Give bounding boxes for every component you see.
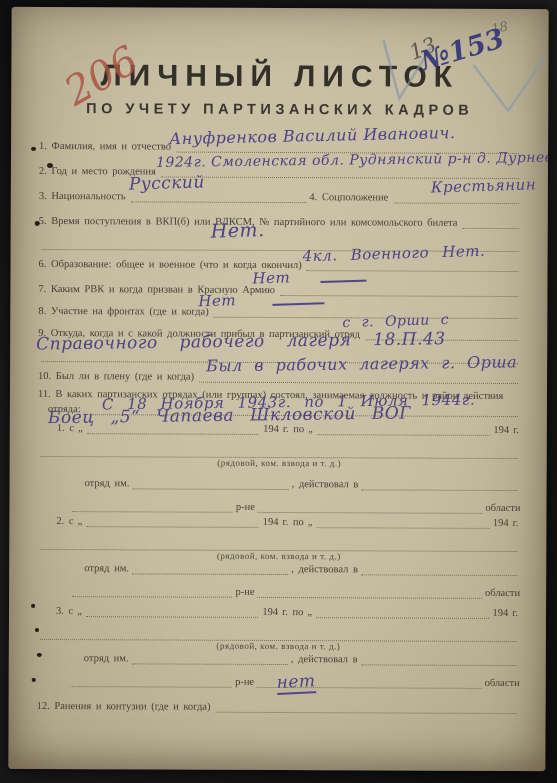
- field-12-line: [215, 700, 516, 714]
- field-12-value: нет: [276, 671, 316, 695]
- field-4-value: Крестьянин: [431, 175, 537, 196]
- field-8-value: Нет: [198, 291, 236, 310]
- quote-mark: „: [308, 517, 313, 528]
- service-block-2-dates-row: 2. с„ 194г. по„ 194г.: [54, 513, 520, 529]
- field-5-row: 5. Время поступления в ВКП(б) или ВЛКСМ,…: [39, 213, 522, 229]
- field-12-label: 12. Ранения и контузии (где и когда): [37, 701, 213, 713]
- punch-hole: [32, 678, 36, 682]
- punch-hole: [35, 628, 39, 632]
- field-4-label: 4. Соцположение: [309, 192, 390, 203]
- field-8-label: 8. Участие на фронтах (где и когда): [38, 306, 210, 318]
- field-12-row: 12. Ранения и контузии (где и когда): [37, 698, 520, 714]
- field-3-label: 3. Национальность: [39, 191, 128, 202]
- field-7-line: [280, 283, 518, 297]
- punch-hole: [31, 604, 35, 608]
- service-block-2-district-row: р-не области: [69, 583, 520, 599]
- service-block-1-district-row: р-не области: [69, 498, 520, 514]
- field-7-value: Нет: [252, 268, 290, 287]
- block-3-prefix: 3. с: [56, 606, 73, 617]
- field-10-value: Был в рабочих лагерях г. Орша: [206, 352, 517, 375]
- service-block-1-caption: (рядовой, ком. взвода и т. д.): [38, 457, 521, 469]
- scan-background: 206 18 13 №153 ЛИЧНЫЙ ЛИСТОК ПО УЧЕТУ ПА…: [0, 0, 557, 783]
- field-10-label: 10. Был ли в плену (где и когда): [38, 371, 196, 383]
- punch-hole: [37, 653, 42, 657]
- punch-hole: [47, 163, 53, 168]
- field-9-value: с г. Орши с: [342, 312, 449, 331]
- service-block-2-detachment-row: отряд им. , действовал в: [84, 560, 520, 576]
- field-1-label: 1. Фамилия, имя и отчество: [39, 141, 173, 153]
- quote-mark: „: [308, 424, 313, 435]
- punch-hole: [31, 147, 36, 151]
- document-page: 206 18 13 №153 ЛИЧНЫЙ ЛИСТОК ПО УЧЕТУ ПА…: [8, 7, 548, 771]
- service-block-3-dates-row: 3. с„ 194г. по„ 194г.: [54, 603, 520, 619]
- quote-mark: „: [77, 606, 82, 617]
- field-5-line: [462, 216, 518, 229]
- block-2-prefix: 2. с: [56, 516, 73, 527]
- field-3-value: Русский: [129, 172, 205, 194]
- punch-hole: [35, 221, 40, 226]
- quote-mark: „: [78, 516, 83, 527]
- service-block-3-detachment-row: отряд им. , действовал в: [84, 650, 520, 666]
- field-5-value: Нет.: [210, 219, 265, 243]
- quote-mark: „: [307, 607, 312, 618]
- field-7-label: 7. Каким РВК и когда призван в Красную А…: [38, 284, 277, 296]
- service-block-1-detachment-row: отряд им. , действовал в: [85, 475, 521, 491]
